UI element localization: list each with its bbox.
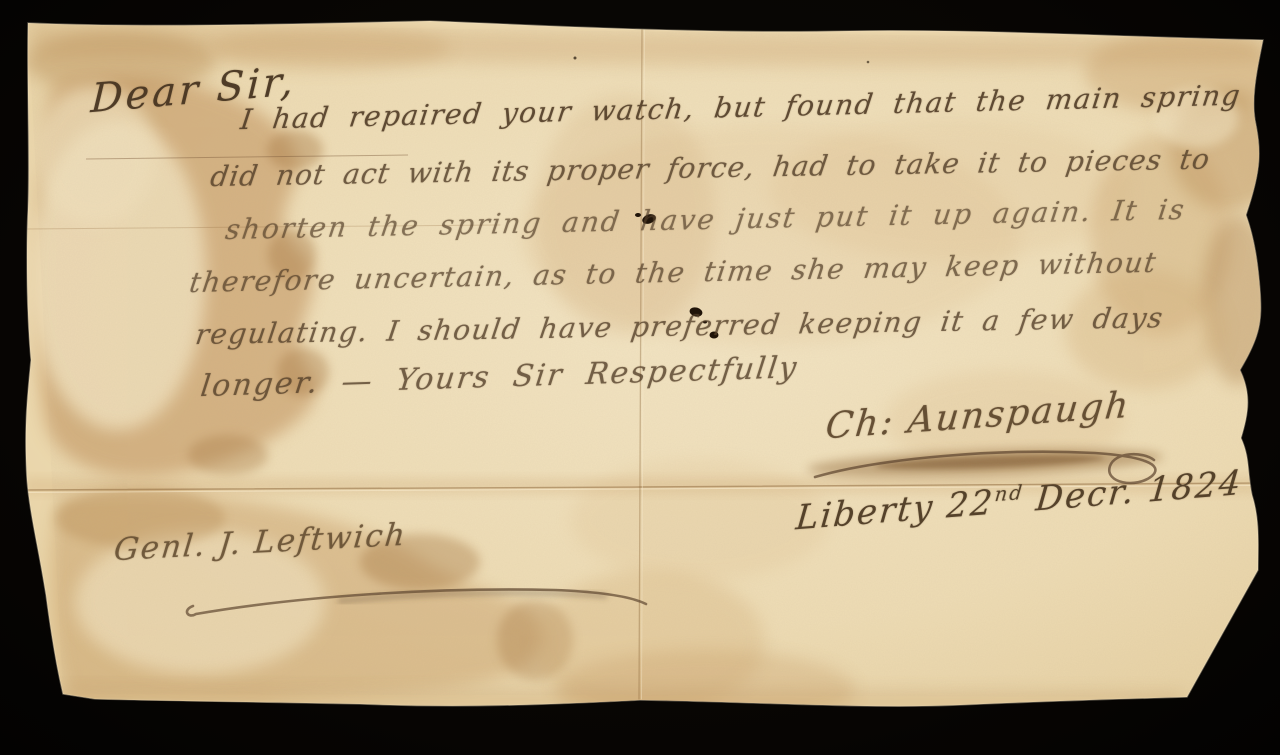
dateline-ordinal-suffix: nd: [994, 481, 1025, 507]
scanner-background: Dear Sir, I had repaired your watch, but…: [0, 0, 1280, 755]
